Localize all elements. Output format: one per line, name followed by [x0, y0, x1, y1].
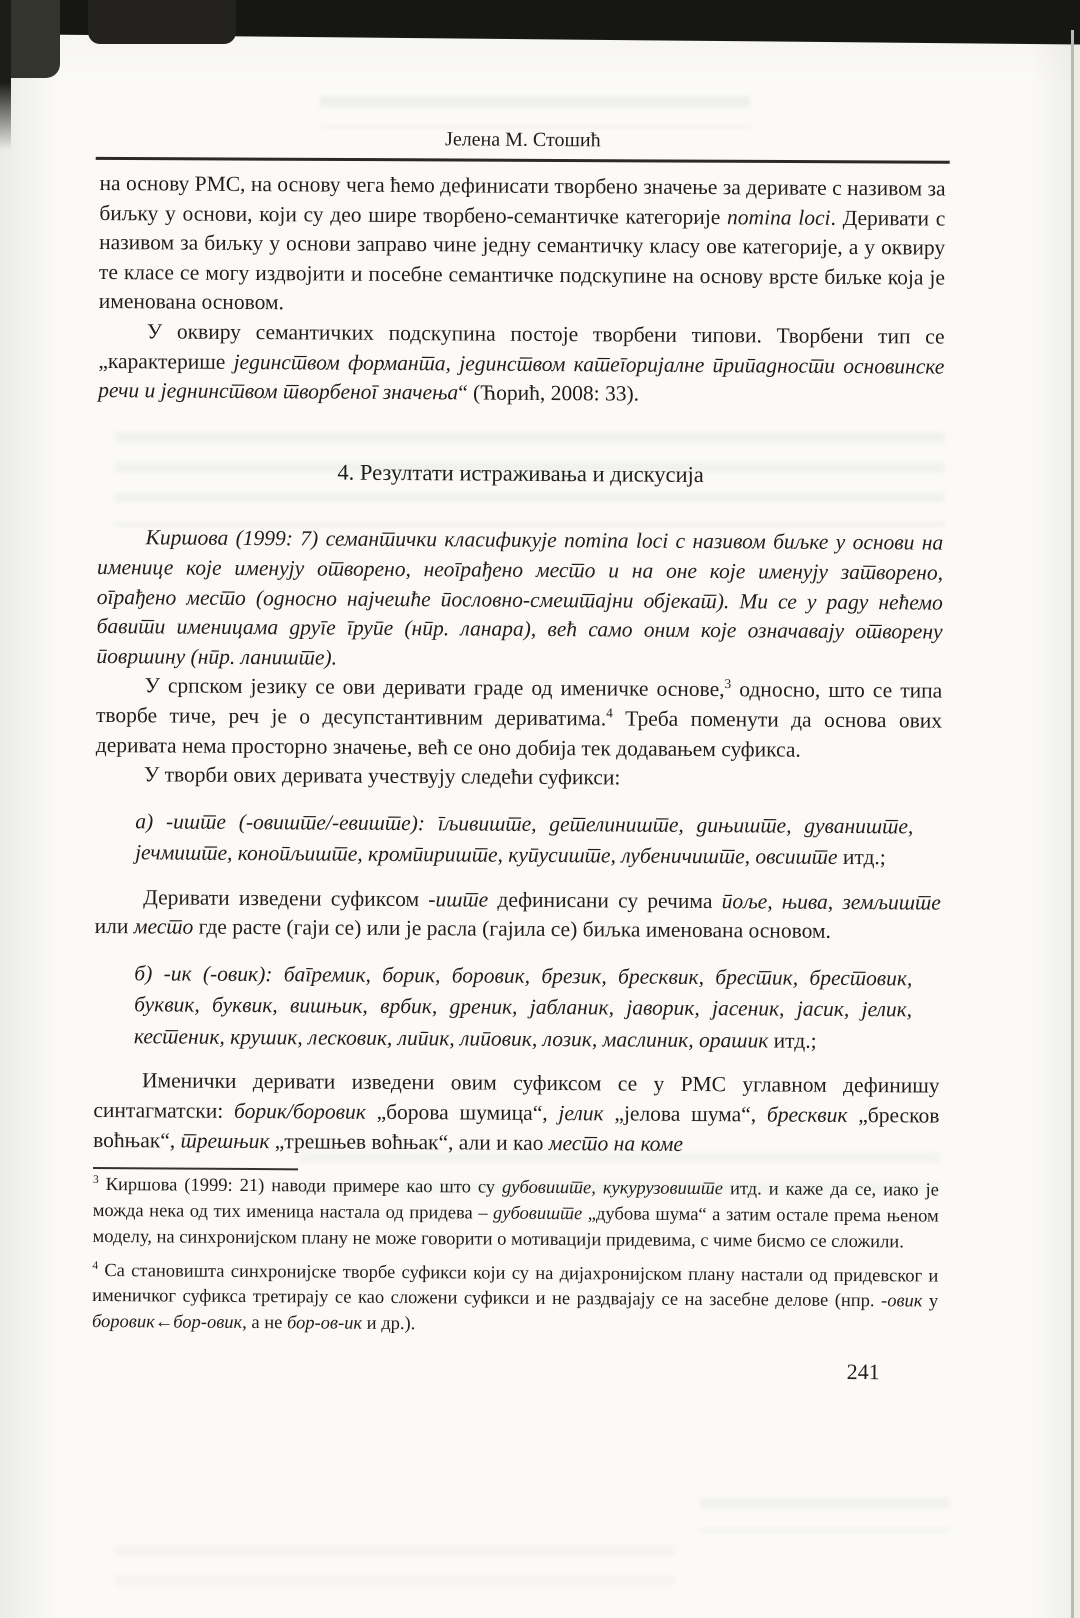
paragraph-derivati-iste: Деривати изведени суфиксом -иште дефинис…: [95, 883, 941, 948]
page-number: 241: [92, 1352, 938, 1387]
paragraph-continuation: на основу РМС, на основу чега ћемо дефин…: [99, 169, 946, 323]
scan-binding-clip-shadow: [88, 0, 236, 44]
paragraph-kirshova: Киршова (1999: 7) семантички класификује…: [96, 523, 943, 677]
scan-right-page-edge: [1074, 30, 1080, 1618]
scan-left-edge-shadow: [0, 0, 11, 150]
footnote-3: 3 Киршова (1999: 21) наводи примере као …: [92, 1173, 938, 1256]
paragraph-imenicki-derivati: Именички деривати изведени овим суфиксом…: [93, 1066, 940, 1160]
paragraph-tvorbeni-tipovi: У оквиру семантичких подскупина постоје …: [98, 317, 945, 411]
paragraph-sufiksi-intro: У творби ових деривата учествују следећи…: [96, 760, 942, 795]
header-rule: [96, 157, 950, 164]
section-heading: 4. Резултати истраживања и дискусија: [98, 456, 944, 491]
paragraph-srpski-jezik: У српском језику се ови деривати граде о…: [96, 671, 943, 765]
page-content: Јелена М. Стошић на основу РМС, на основ…: [92, 118, 946, 1387]
scan-right-edge-line: [1071, 30, 1074, 1618]
bleed-through-artifact: [115, 1545, 675, 1595]
footnote-rule: [93, 1167, 298, 1170]
list-item-a-iste: а) -иште (-овиште/-евиште): гљивиште, де…: [95, 806, 941, 875]
scanned-page: { "colors":{"ink":"#1f1e1c","paper":"#fb…: [0, 0, 1080, 1618]
bleed-through-artifact: [700, 1498, 950, 1532]
running-head-author: Јелена М. Стошић: [100, 124, 946, 156]
list-item-b-ik: б) -ик (-овик): багремик, борик, боровик…: [94, 958, 941, 1058]
footnote-4: 4 Са становишта синхронијске творбе суфи…: [92, 1259, 938, 1342]
